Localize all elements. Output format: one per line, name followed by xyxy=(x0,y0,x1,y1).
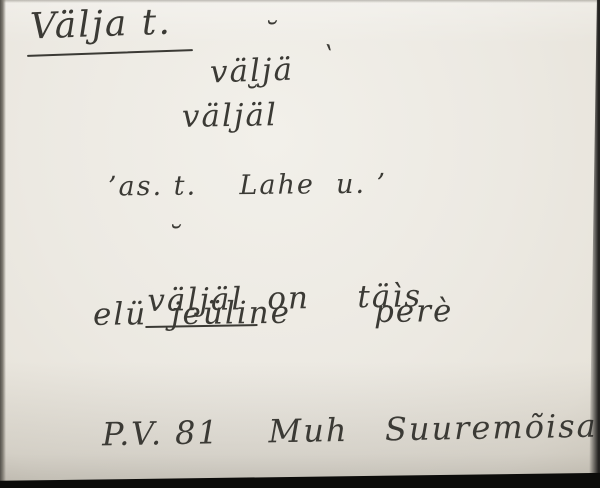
grave-diacritic-mark: ˋ xyxy=(315,43,336,75)
source-reference: ’as. t. Lahe u. ’ xyxy=(108,169,387,203)
index-card: Välja t. ˘ väljä ˋ ˘ väljäl ’as. t. Lahe… xyxy=(0,0,600,488)
breve-diacritic-mark: ˘ xyxy=(262,20,277,50)
word-form-2: väljäl xyxy=(182,98,279,135)
headword-underline xyxy=(27,49,193,57)
scan-edge-top xyxy=(0,0,600,3)
scan-edge-right xyxy=(589,0,600,488)
headword: Välja t. xyxy=(29,2,172,48)
scan-edge-bottom xyxy=(0,470,600,488)
scan-edge-left xyxy=(0,0,6,488)
collector-signature-line: P.V. 81 Muh Suuremõisa xyxy=(102,408,598,453)
example-sentence-line-2: elü jeüline perè xyxy=(93,294,454,333)
